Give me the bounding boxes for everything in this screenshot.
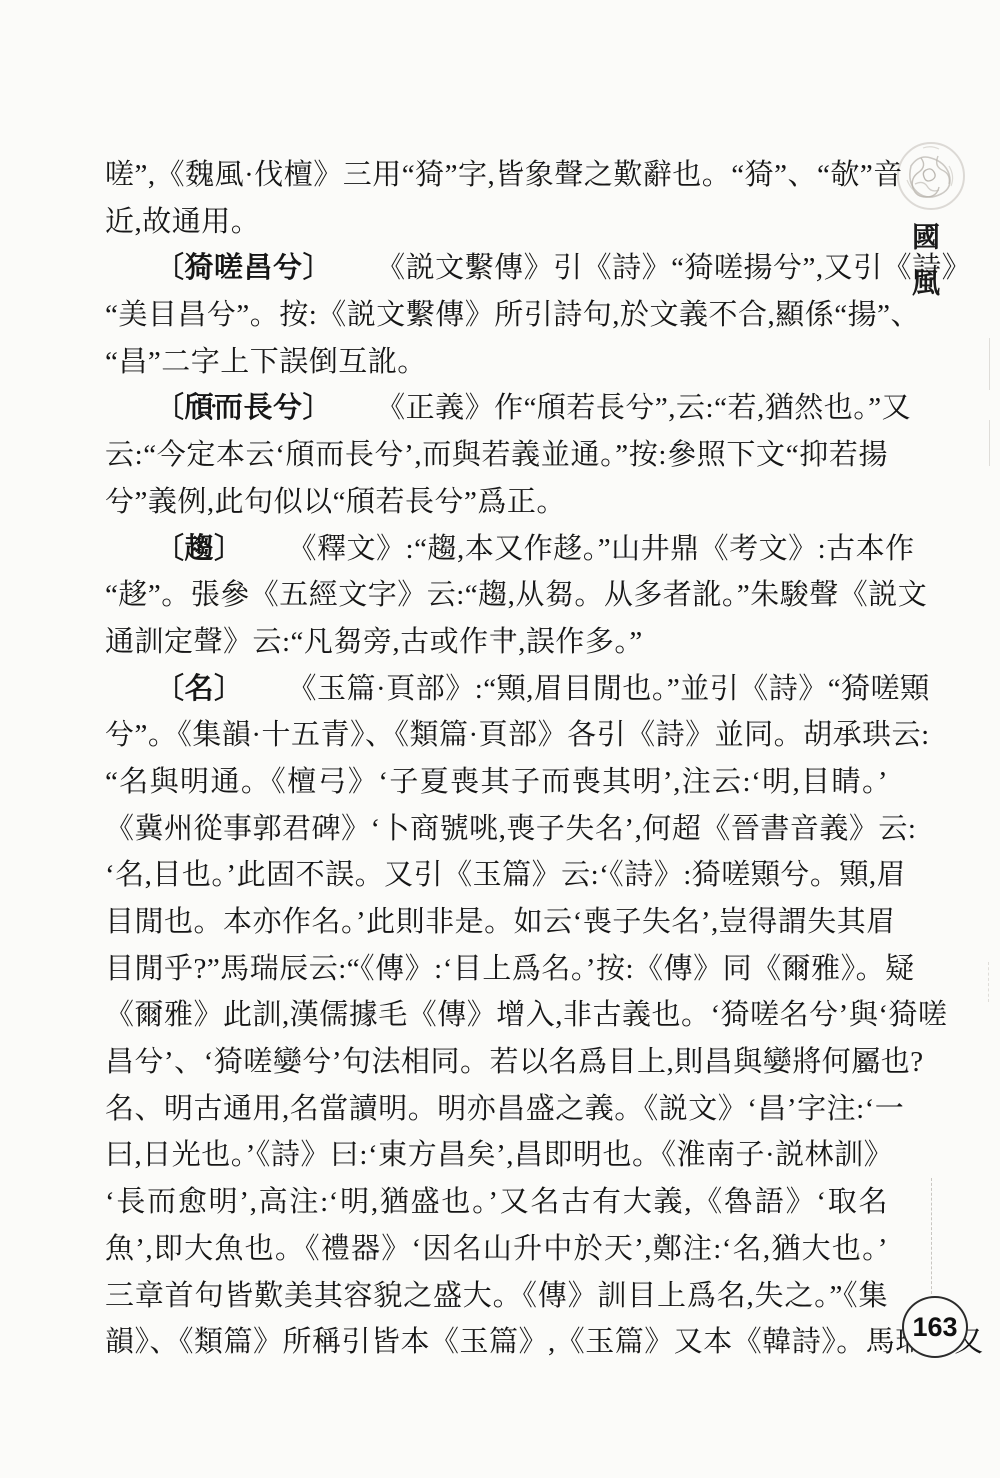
- margin-dashed-line: [931, 1178, 932, 1294]
- lemma-text: 兮: [273, 252, 303, 284]
- emphasis-dot: •: [256, 259, 261, 272]
- emphasis-dot: •: [211, 399, 216, 412]
- lemma-bracket: 〕: [303, 252, 333, 284]
- entry-lemma: 〔趨•〕: [155, 533, 244, 565]
- scan-edge-mark: [988, 962, 989, 1002]
- page-number-badge: 163: [902, 1296, 968, 1358]
- text-line: “美目昌兮”。按:《説文繫傳》所引詩句,於文義不合,顯係“揚”、: [105, 292, 888, 339]
- entry-lemma: 〔頎而•長兮〕: [155, 392, 332, 424]
- text-line: 云:“今定本云‘頎而長兮’,而與若義並通。”按:參照下文“抑若揚: [105, 432, 888, 479]
- text-line: 魚’,即大魚也。《禮器》‘因名山升中於天’,鄭注:‘名,猶大也。’: [105, 1226, 888, 1273]
- page-number: 163: [912, 1312, 957, 1343]
- entry-lemma: 〔猗嗟昌•兮〕: [155, 252, 332, 284]
- lemma-text: 長兮: [244, 392, 303, 424]
- entry-body-start: 《玉篇·頁部》:“䫤,眉目閒也。”並引《詩》“猗嗟䫤: [288, 673, 930, 705]
- text-line: 嗟”,《魏風·伐檀》三用“猗”字,皆象聲之歎辭也。“猗”、“欹”音: [105, 152, 888, 199]
- text-line: 近,故通用。: [105, 199, 888, 246]
- entry-lemma: 〔名•〕: [155, 673, 244, 705]
- text-line: 通訓定聲》云:“凡芻旁,古或作肀,誤作多。”: [105, 619, 888, 666]
- body-text: 嗟”,《魏風·伐檀》三用“猗”字,皆象聲之歎辭也。“猗”、“欹”音 近,故通用。…: [105, 152, 888, 1366]
- entry-body-start: 《釋文》:“趨,本又作趍。”山井鼎《考文》:古本作: [288, 533, 915, 565]
- text-line: 兮”。《集韻·十五青》、《類篇·頁部》各引《詩》並同。胡承珙云:: [105, 712, 888, 759]
- lemma-bracket: 〔: [155, 673, 185, 705]
- text-line: 韻》、《類篇》所稱引皆本《玉篇》,《玉篇》又本《韓詩》。馬瑞辰又: [105, 1319, 888, 1366]
- text-line: ‘名,目也。’此固不誤。又引《玉篇》云:‘《詩》:猗嗟䫤兮。䫤,眉: [105, 852, 888, 899]
- lemma-bracket: 〕: [303, 392, 333, 424]
- entry-body-start: 《説文繫傳》引《詩》“猗嗟揚兮”,又引《詩》: [376, 252, 971, 284]
- text-line: ‘長而愈明’,高注:‘明,猶盛也。’又名古有大義,《魯語》‘取名: [105, 1179, 888, 1226]
- text-line: “趍”。張參《五經文字》云:“趨,从芻。从多者訛。”朱駿聲《説文: [105, 572, 888, 619]
- lemma-text: 猗嗟: [185, 252, 244, 284]
- text-line: 三章首句皆歎美其容貌之盛大。《傳》訓目上爲名,失之。”《集: [105, 1273, 888, 1320]
- scan-edge-mark: [989, 420, 990, 466]
- entry-heading: 〔猗嗟昌•兮〕《説文繫傳》引《詩》“猗嗟揚兮”,又引《詩》: [105, 245, 888, 292]
- entry-heading: 〔名•〕《玉篇·頁部》:“䫤,眉目閒也。”並引《詩》“猗嗟䫤: [105, 666, 888, 713]
- scan-edge-mark: [989, 338, 990, 390]
- entry-heading: 〔趨•〕《釋文》:“趨,本又作趍。”山井鼎《考文》:古本作: [105, 526, 888, 573]
- floral-seal-stamp-icon: [893, 136, 969, 216]
- lemma-bracket: 〔: [155, 533, 185, 565]
- text-line: 目閒乎?”馬瑞辰云:“《傳》:‘目上爲名。’按:《傳》同《爾雅》。疑: [105, 946, 888, 993]
- text-line: “昌”二字上下誤倒互訛。: [105, 339, 888, 386]
- text-line: 目閒也。本亦作名。’此則非是。如云‘喪子失名’,豈得謂失其眉: [105, 899, 888, 946]
- entry-body-start: 《正義》作“頎若長兮”,云:“若,猶然也。”又: [376, 392, 911, 424]
- entry-heading: 〔頎而•長兮〕《正義》作“頎若長兮”,云:“若,猶然也。”又: [105, 385, 888, 432]
- text-line: “名與明通。《檀弓》‘子夏喪其子而喪其明’,注云:‘明,目睛。’: [105, 759, 888, 806]
- lemma-bracket: 〔: [155, 252, 185, 284]
- text-line: 名、明古通用,名當讀明。明亦昌盛之義。《説文》‘昌’字注:‘一: [105, 1086, 888, 1133]
- text-line: 曰,日光也。’《詩》曰:‘東方昌矣’,昌即明也。《淮南子·説林訓》: [105, 1132, 888, 1179]
- emphasis-dot: •: [197, 679, 202, 692]
- emphasis-dot: •: [197, 539, 202, 552]
- lemma-bracket: 〕: [214, 533, 244, 565]
- text-line: 《冀州從事郭君碑》‘卜商號咷,喪子失名’,何超《晉書音義》云:: [105, 806, 888, 853]
- scanned-book-page: 國風 嗟”,《魏風·伐檀》三用“猗”字,皆象聲之歎辭也。“猗”、“欹”音 近,故…: [0, 0, 1000, 1478]
- lemma-bracket: 〔: [155, 392, 185, 424]
- text-line: 兮”義例,此句似以“頎若長兮”爲正。: [105, 479, 888, 526]
- text-line: 《爾雅》此訓,漢儒據毛《傳》增入,非古義也。‘猗嗟名兮’與‘猗嗟: [105, 992, 888, 1039]
- lemma-bracket: 〕: [214, 673, 244, 705]
- text-line: 昌兮’、‘猗嗟孌兮’句法相同。若以名爲目上,則昌與孌將何屬也?: [105, 1039, 888, 1086]
